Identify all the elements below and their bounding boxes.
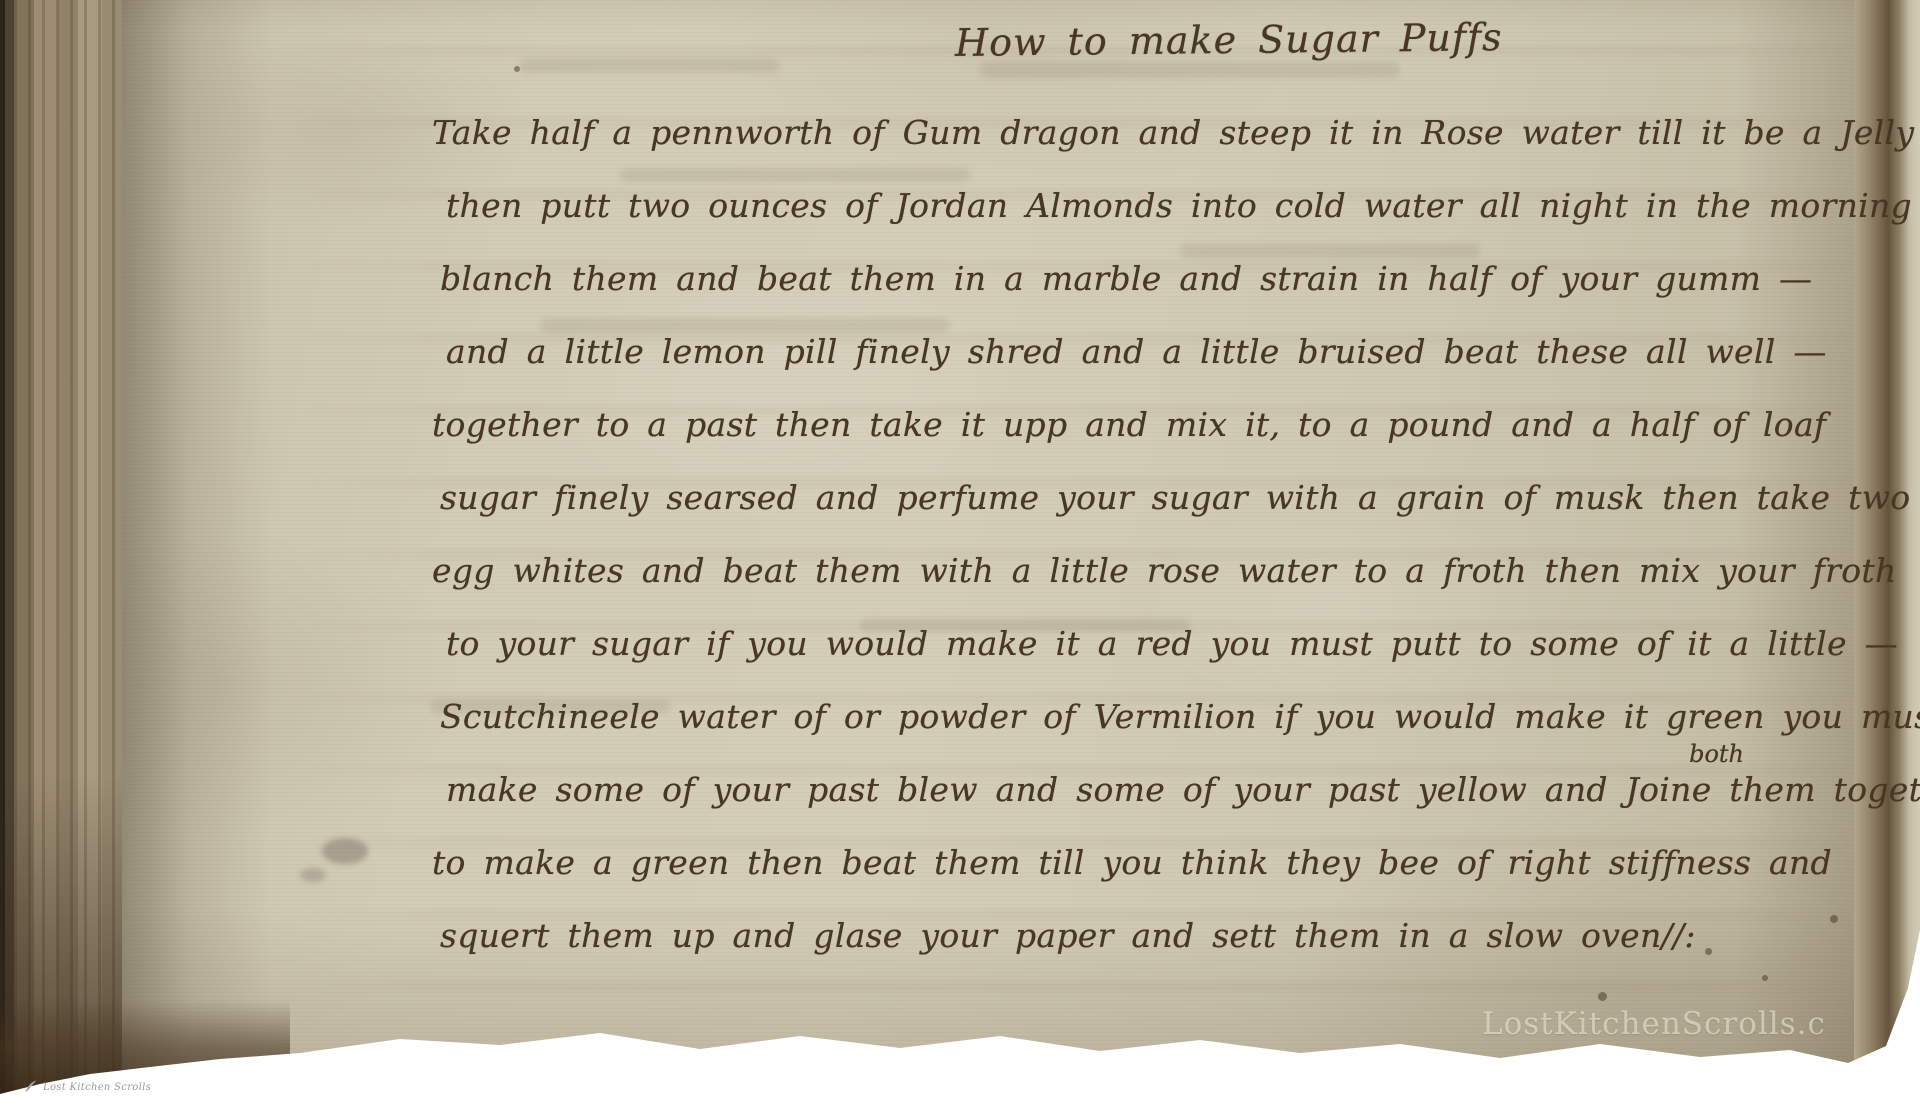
manuscript-photo: How to make Sugar Puffs Take half a penn… — [0, 0, 1920, 1106]
manuscript-line: egg whites and beat them with a little r… — [432, 534, 1862, 607]
manuscript-line: to your sugar if you would make it a red… — [446, 607, 1862, 680]
footer-logo: Lost Kitchen Scrolls — [24, 1078, 151, 1097]
book-page: How to make Sugar Puffs Take half a penn… — [0, 0, 1920, 1106]
interlinear-insertion: both — [1689, 739, 1744, 769]
manuscript-line: Scutchineele water of or powder of Vermi… — [440, 680, 1862, 753]
manuscript-line: and a little lemon pill finely shred and… — [446, 315, 1862, 388]
manuscript-line: together to a past then take it upp and … — [432, 388, 1862, 461]
manuscript-line: make some of your past blew and some of … — [446, 753, 1862, 826]
manuscript-line: blanch them and beat them in a marble an… — [440, 242, 1862, 315]
manuscript-line: Take half a pennworth of Gum dragon and … — [432, 96, 1862, 169]
manuscript-lines: Take half a pennworth of Gum dragon and … — [432, 96, 1862, 972]
manuscript-line: squert them up and glase your paper and … — [440, 899, 1862, 972]
manuscript-line: sugar finely searsed and perfume your su… — [440, 461, 1862, 534]
book-spine — [0, 0, 122, 1106]
manuscript-line: then putt two ounces of Jordan Almonds i… — [446, 169, 1862, 242]
footer-logo-label: Lost Kitchen Scrolls — [43, 1082, 151, 1093]
site-watermark: LostKitchenScrolls.c — [1482, 1006, 1826, 1042]
manuscript-line: to make a green then beat them till you … — [432, 826, 1862, 899]
quill-icon — [24, 1078, 38, 1097]
recipe-title: How to make Sugar Puffs — [955, 15, 1503, 65]
